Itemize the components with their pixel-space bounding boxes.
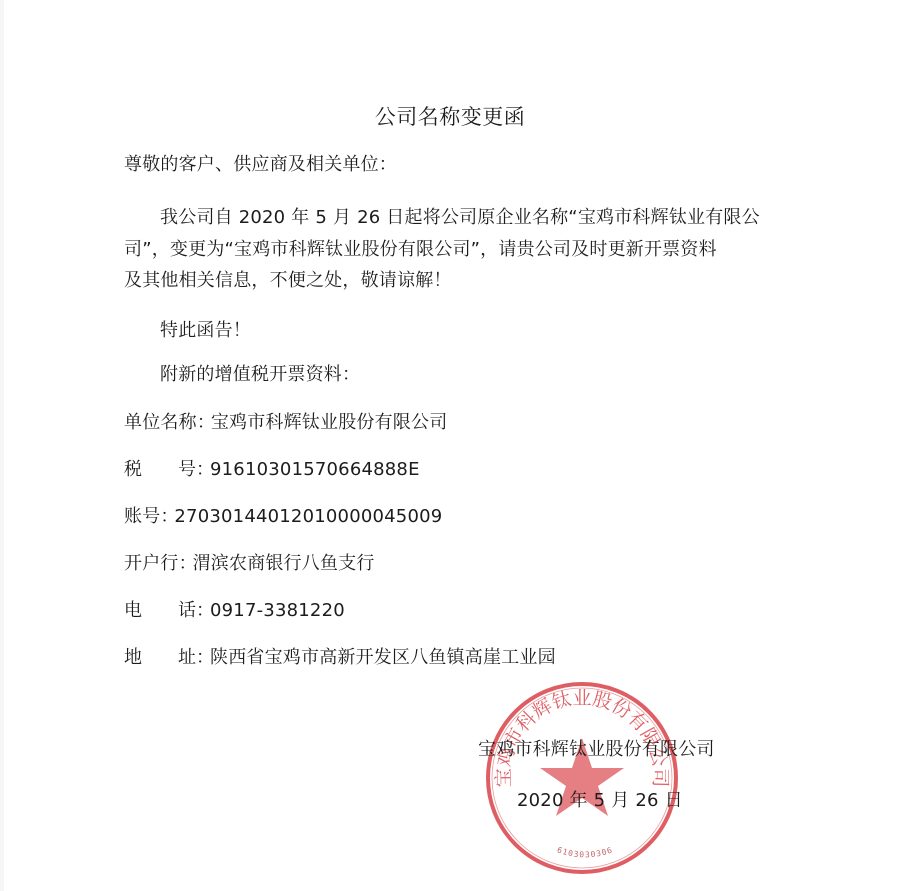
info-label: 电话 bbox=[124, 596, 196, 622]
seal-code: 6103030306 bbox=[556, 845, 614, 859]
info-label-char: 址 bbox=[178, 643, 196, 669]
signature-company: 宝鸡市科辉钛业股份有限公司 bbox=[478, 735, 715, 761]
info-value: 91610301570664888E bbox=[210, 459, 420, 480]
company-seal-icon: 宝鸡市科辉钛业股份有限公司 6103030306 bbox=[484, 680, 680, 876]
info-label: 地址 bbox=[124, 643, 196, 669]
body-line-3: 及其他相关信息，不便之处，敬请谅解！ bbox=[124, 266, 452, 292]
info-row-company-name: 单位名称：宝鸡市科辉钛业股份有限公司 bbox=[124, 408, 447, 434]
info-row-tax-number: 税号：91610301570664888E bbox=[124, 455, 420, 481]
body-line-2: 司”，变更为“宝鸡市科辉钛业股份有限公司”，请贵公司及时更新开票资料 bbox=[124, 235, 717, 261]
info-label: 开户行 bbox=[124, 549, 179, 575]
info-label-char: 电 bbox=[124, 600, 142, 621]
info-value: 27030144012010000045009 bbox=[174, 506, 442, 527]
info-label-char: 地 bbox=[124, 647, 142, 668]
info-label: 单位名称 bbox=[124, 408, 197, 434]
letter-page: 公司名称变更函 尊敬的客户、供应商及相关单位： 我公司自 2020 年 5 月 … bbox=[0, 0, 900, 891]
info-separator: ： bbox=[197, 408, 211, 434]
info-value: 渭滨农商银行八鱼支行 bbox=[193, 553, 375, 574]
letter-title: 公司名称变更函 bbox=[0, 101, 900, 131]
info-label-char: 话 bbox=[178, 596, 196, 622]
info-row-bank: 开户行：渭滨农商银行八鱼支行 bbox=[124, 549, 375, 575]
notice-text: 特此函告！ bbox=[160, 316, 251, 342]
page-edge bbox=[0, 0, 4, 891]
signature-date: 2020 年 5 月 26 日 bbox=[517, 786, 683, 812]
attachment-heading: 附新的增值税开票资料： bbox=[160, 360, 360, 386]
info-separator: ： bbox=[196, 455, 210, 481]
info-value: 0917-3381220 bbox=[210, 600, 345, 621]
info-separator: ： bbox=[196, 643, 210, 669]
info-value: 宝鸡市科辉钛业股份有限公司 bbox=[211, 412, 448, 433]
salutation: 尊敬的客户、供应商及相关单位： bbox=[124, 150, 397, 176]
info-separator: ： bbox=[196, 596, 210, 622]
info-label: 账号 bbox=[124, 502, 160, 528]
info-row-address: 地址：陕西省宝鸡市高新开发区八鱼镇高崖工业园 bbox=[124, 643, 556, 669]
body-line-1: 我公司自 2020 年 5 月 26 日起将公司原企业名称“宝鸡市科辉钛业有限公 bbox=[160, 203, 760, 229]
info-separator: ： bbox=[160, 502, 174, 528]
info-value: 陕西省宝鸡市高新开发区八鱼镇高崖工业园 bbox=[210, 647, 556, 668]
info-label-char: 税 bbox=[124, 459, 142, 480]
info-separator: ： bbox=[179, 549, 193, 575]
info-label: 税号 bbox=[124, 455, 196, 481]
info-row-account: 账号：27030144012010000045009 bbox=[124, 502, 442, 528]
info-label-char: 号 bbox=[178, 455, 196, 481]
info-row-phone: 电话：0917-3381220 bbox=[124, 596, 345, 622]
